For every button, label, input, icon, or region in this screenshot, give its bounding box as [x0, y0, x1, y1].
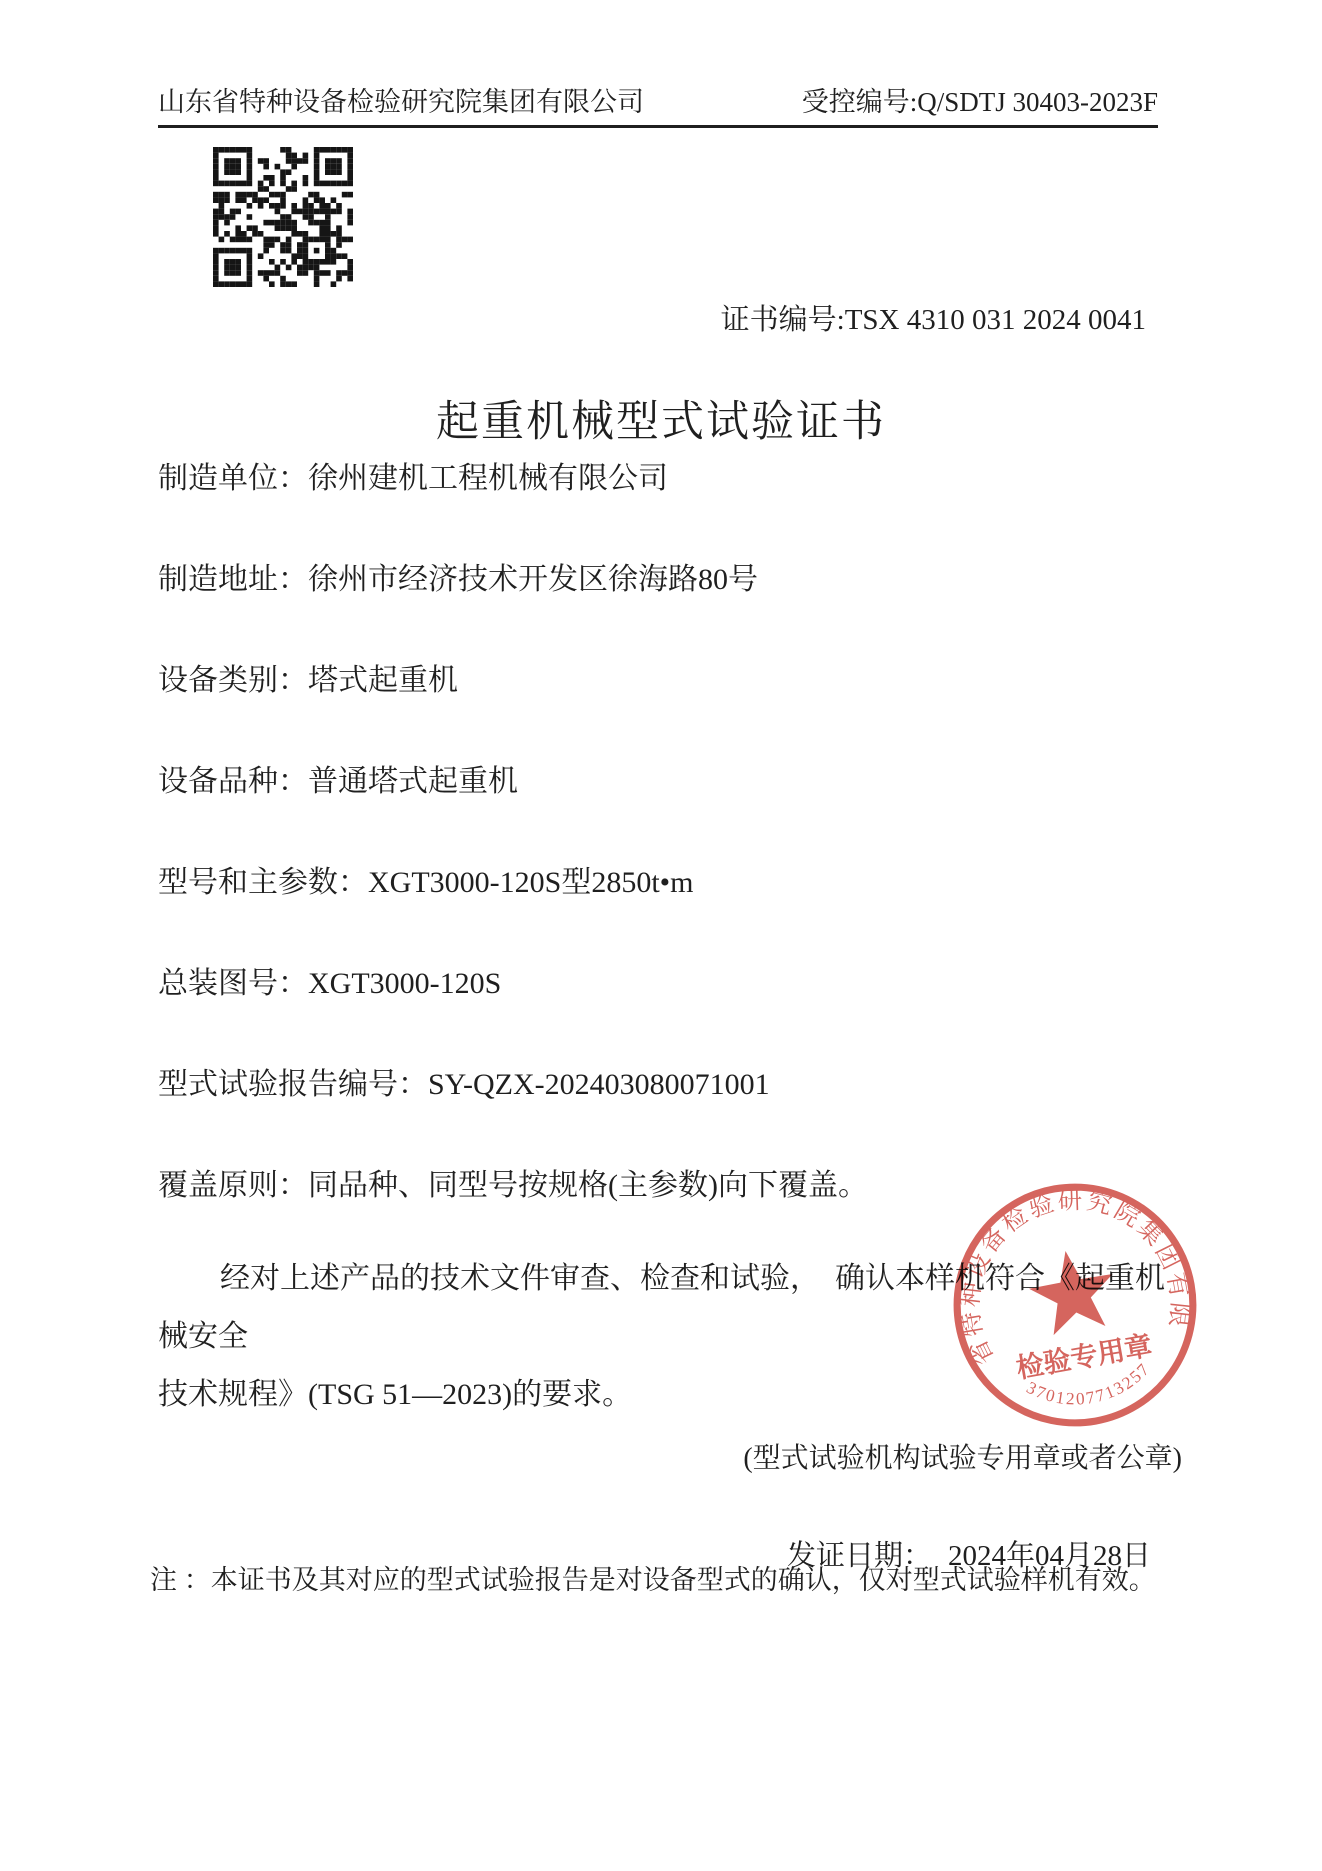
field-label: 覆盖原则： [158, 1169, 308, 1202]
inspection-seal-icon: 山东省特种设备检验研究院集团有限公司 检验专用章 3701207713257 [928, 1158, 1222, 1452]
field-test-report-no: 型式试验报告编号：SY-QZX-202403080071001 [158, 1070, 868, 1100]
field-label: 总装图号： [158, 967, 308, 1000]
field-value: SY-QZX-202403080071001 [428, 1068, 770, 1101]
field-assembly-drawing-no: 总装图号：XGT3000-120S [158, 969, 868, 999]
field-value: XGT3000-120S [308, 967, 501, 1000]
field-value: 塔式起重机 [308, 664, 458, 697]
field-model-main-parameters: 型号和主参数：XGT3000-120S型2850t•m [158, 868, 868, 898]
field-label: 型式试验报告编号： [158, 1068, 428, 1101]
certificate-fields: 制造单位：徐州建机工程机械有限公司 制造地址：徐州市经济技术开发区徐海路80号 … [158, 464, 868, 1272]
field-coverage-principle: 覆盖原则：同品种、同型号按规格(主参数)向下覆盖。 [158, 1171, 868, 1201]
field-value: 同品种、同型号按规格(主参数)向下覆盖。 [308, 1169, 868, 1202]
field-label: 设备类别： [158, 664, 308, 697]
field-manufacture-address: 制造地址：徐州市经济技术开发区徐海路80号 [158, 565, 868, 595]
star-icon [1024, 1244, 1122, 1338]
certificate-title: 起重机械型式试验证书 [0, 388, 1322, 449]
qr-code-icon [213, 147, 353, 287]
field-value: XGT3000-120S型2850t•m [368, 866, 694, 899]
field-value: 普通塔式起重机 [308, 765, 518, 798]
field-label: 型号和主参数： [158, 866, 368, 899]
control-number: 受控编号:Q/SDTJ 30403-2023F [802, 80, 1158, 119]
certificate-page: 山东省特种设备检验研究院集团有限公司 受控编号:Q/SDTJ 30403-202… [0, 0, 1322, 1871]
page-header: 山东省特种设备检验研究院集团有限公司 受控编号:Q/SDTJ 30403-202… [158, 80, 1158, 128]
qr-code [213, 147, 353, 287]
inspection-seal-stamp: 山东省特种设备检验研究院集团有限公司 检验专用章 3701207713257 [928, 1158, 1222, 1452]
field-equipment-variety: 设备品种：普通塔式起重机 [158, 767, 868, 797]
stamp-caption: (型式试验机构试验专用章或者公章) [158, 1436, 1182, 1476]
issuing-company-name: 山东省特种设备检验研究院集团有限公司 [158, 80, 644, 119]
field-label: 制造单位： [158, 462, 308, 495]
field-label: 制造地址： [158, 563, 308, 596]
footnote: 注 ：本证书及其对应的型式试验报告是对设备型式的确认，仅对型式试验样机有效。 [150, 1558, 1156, 1597]
field-equipment-category: 设备类别：塔式起重机 [158, 666, 868, 696]
field-label: 设备品种： [158, 765, 308, 798]
field-manufacturer: 制造单位：徐州建机工程机械有限公司 [158, 464, 868, 494]
field-value: 徐州市经济技术开发区徐海路80号 [308, 563, 758, 596]
field-value: 徐州建机工程机械有限公司 [308, 462, 668, 495]
certificate-number: 证书编号:TSX 4310 031 2024 0041 [158, 297, 1146, 338]
